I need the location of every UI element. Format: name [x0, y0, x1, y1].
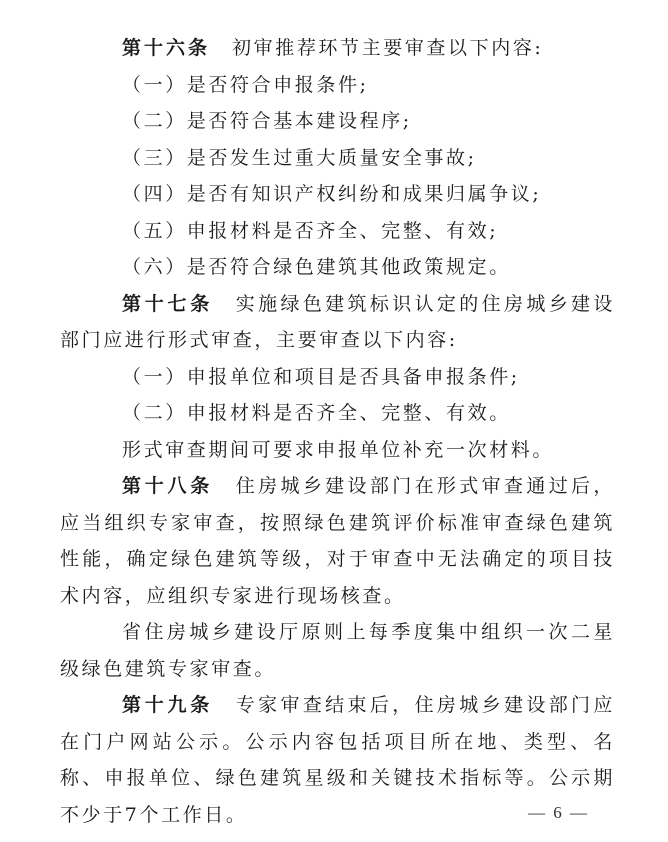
article-16-item-2: （二）是否符合基本建设程序;	[60, 103, 615, 140]
article-16-item-4: （四）是否有知识产权纠纷和成果归属争议;	[60, 176, 615, 213]
article-16-item-3: （三）是否发生过重大质量安全事故;	[60, 140, 615, 177]
article-16-paragraph: 第十六条初审推荐环节主要审查以下内容:	[60, 30, 615, 67]
article-16-title: 第十六条	[122, 37, 210, 59]
article-17-item-2: （二）申报材料是否齐全、完整、有效。	[60, 395, 615, 432]
article-16-item-6: （六）是否符合绿色建筑其他政策规定。	[60, 249, 615, 286]
page-number: — 6 —	[528, 803, 589, 823]
article-17-paragraph: 第十七条实施绿色建筑标识认定的住房城乡建设部门应进行形式审查，主要审查以下内容:	[60, 286, 615, 359]
article-17-note: 形式审查期间可要求申报单位补充一次材料。	[60, 432, 615, 469]
document-page: 第十六条初审推荐环节主要审查以下内容: （一）是否符合申报条件; （二）是否符合…	[60, 30, 615, 833]
article-17-item-1: （一）申报单位和项目是否具备申报条件;	[60, 359, 615, 396]
article-16-item-1: （一）是否符合申报条件;	[60, 67, 615, 104]
article-18-title: 第十八条	[122, 475, 213, 497]
article-16-intro: 初审推荐环节主要审查以下内容:	[232, 37, 543, 59]
article-18-paragraph: 第十八条住房城乡建设部门在形式审查通过后，应当组织专家审查，按照绿色建筑评价标准…	[60, 468, 615, 614]
article-18-note: 省住房城乡建设厅原则上每季度集中组织一次二星级绿色建筑专家审查。	[60, 614, 615, 687]
article-19-title: 第十九条	[122, 694, 213, 716]
article-17-title: 第十七条	[122, 293, 213, 315]
article-16-item-5: （五）申报材料是否齐全、完整、有效;	[60, 213, 615, 250]
